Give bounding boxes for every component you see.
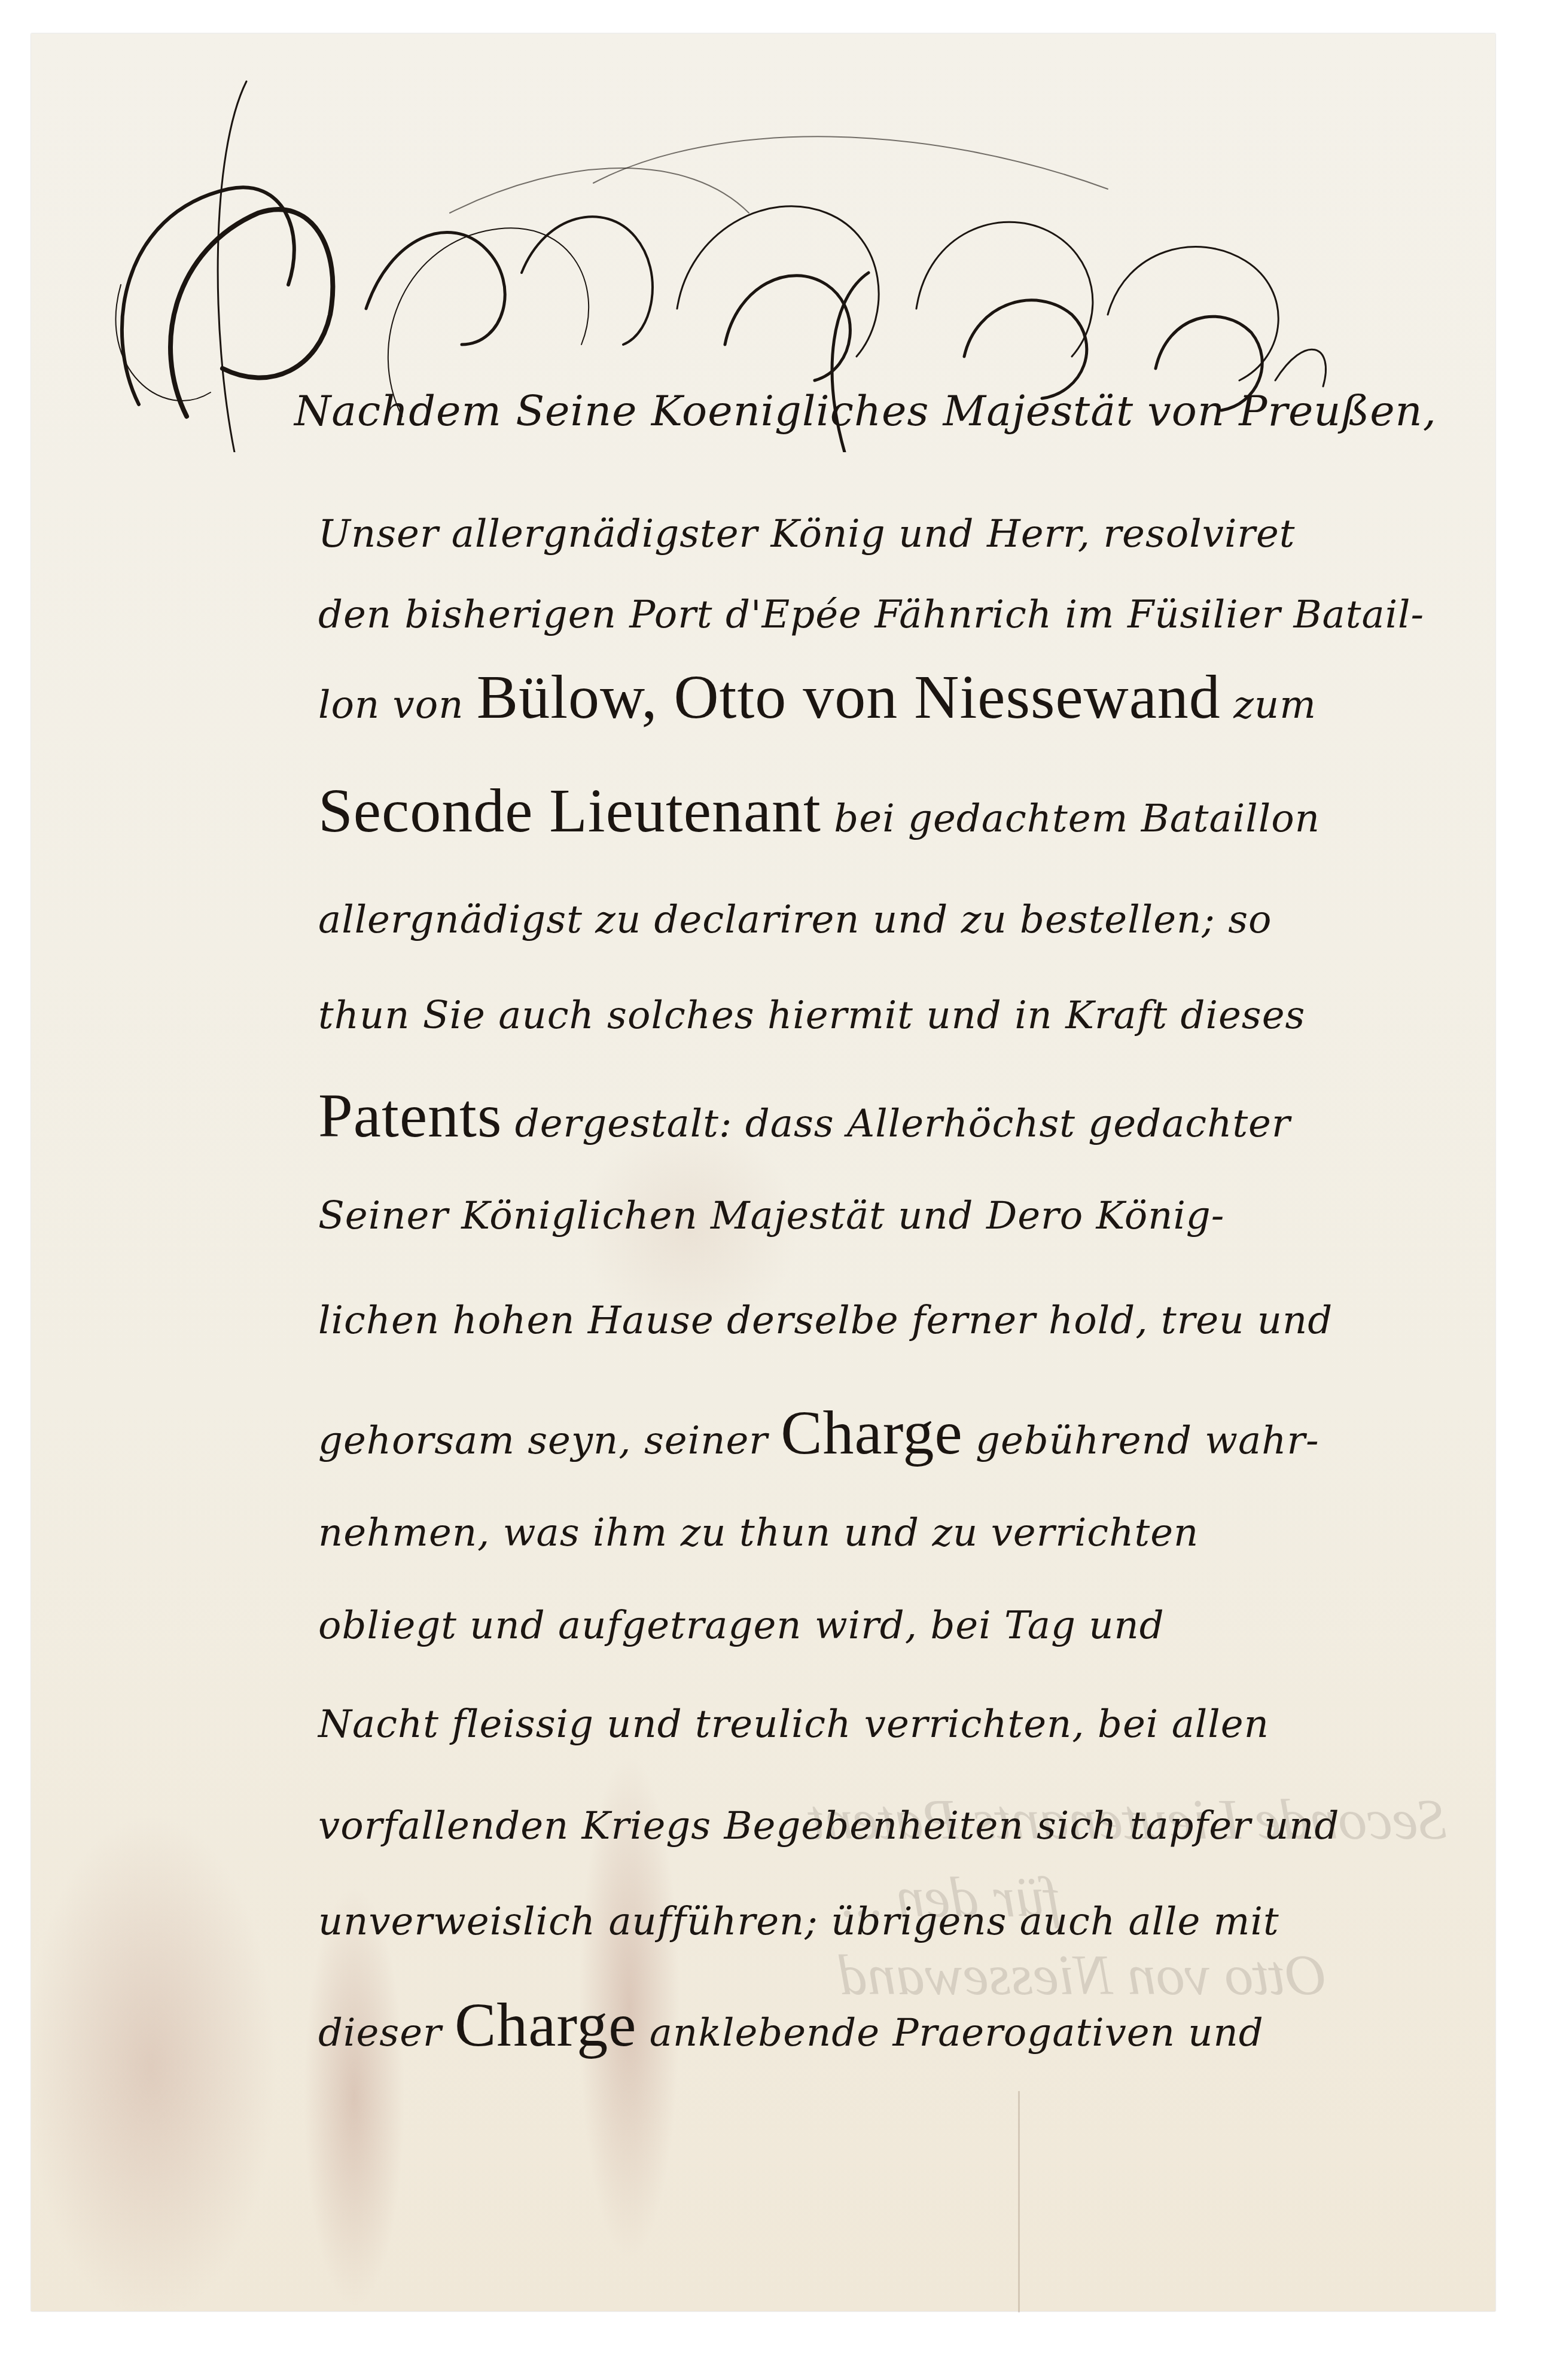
text-line-11: gehorsam seyn, seiner Charge gebührend w… [318,1397,1320,1468]
patents-word: Patents [318,1081,502,1150]
paper-crease [1018,2091,1020,2312]
text-line-13: obliegt und aufgetragen wird, bei Tag un… [318,1604,1165,1648]
text-line-12: nehmen, was ihm zu thun und zu verrichte… [318,1511,1199,1555]
charge-word: Charge [781,1398,962,1467]
text-line-10: lichen hohen Hause derselbe ferner hold,… [318,1299,1333,1343]
text-line-6: allergnädigst zu declariren und zu beste… [318,898,1272,942]
text-line-2: Unser allergnädigster König und Herr, re… [318,512,1296,556]
text-line-9: Seiner Königlichen Majestät und Dero Kön… [318,1194,1224,1238]
text-line-15: vorfallenden Kriegs Begebenheiten sich t… [318,1804,1339,1848]
document-page: Seconde Lieutenants Patent für den ... O… [31,33,1495,2311]
text-line-5: Seconde Lieutenant bei gedachtem Bataill… [318,775,1320,846]
text-line-16: unverweislich aufführen; übrigens auch a… [318,1900,1279,1944]
text-line-4: lon von Bülow, Otto von Niessewand zum [318,662,1317,733]
text-line-8: Patents dergestalt: dass Allerhöchst ged… [318,1080,1291,1151]
text-line-1: Nachdem Seine Koenigliches Majestät von … [294,386,1437,435]
text-line-7: thun Sie auch solches hiermit und in Kra… [318,994,1305,1038]
text-line-14: Nacht fleissig und treulich verrichten, … [318,1702,1269,1747]
rank-title: Seconde Lieutenant [318,776,821,845]
charge-word: Charge [455,1991,636,2059]
text-line-17: dieser Charge anklebende Praerogativen u… [318,1989,1264,2061]
text-line-3: den bisherigen Port d'Epée Fähnrich im F… [318,593,1424,637]
officer-name: Bülow, Otto von Niessewand [477,663,1221,732]
